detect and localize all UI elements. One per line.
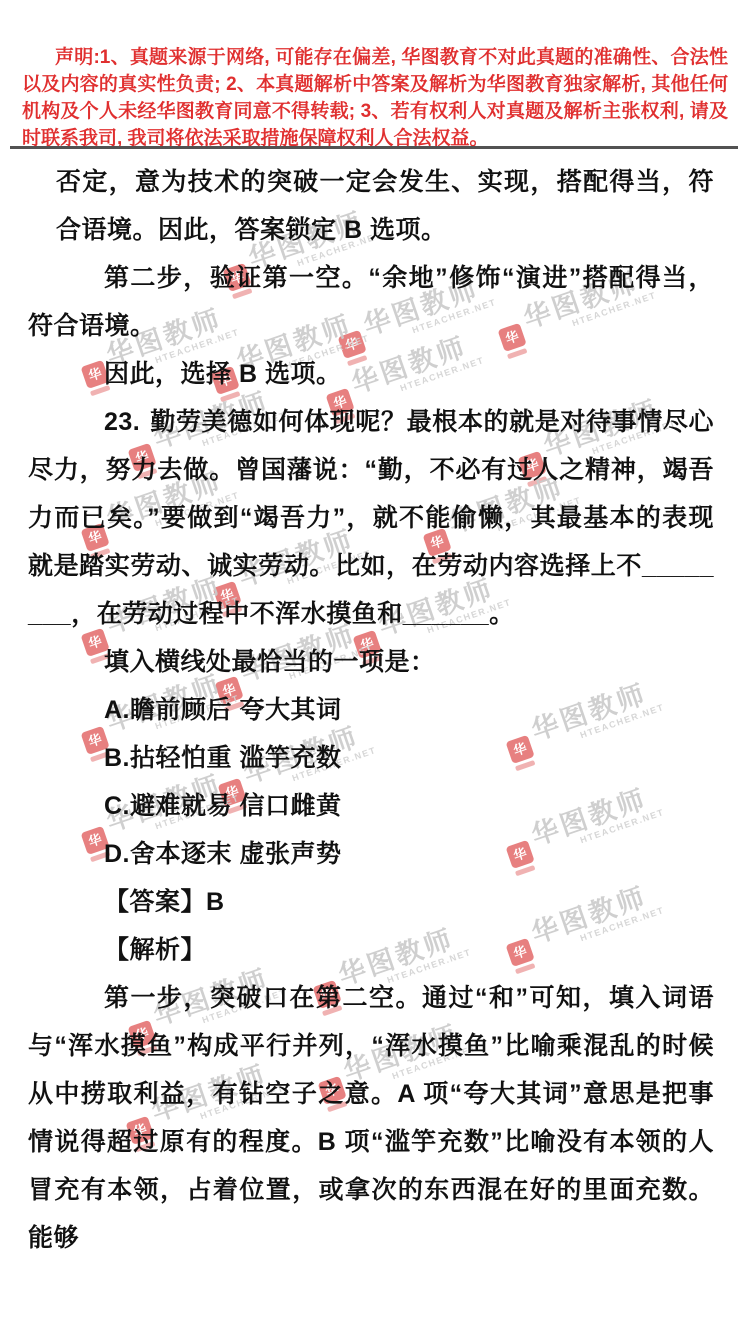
option-b: B.拈轻怕重 滥竽充数 (28, 734, 714, 782)
answer-value: B (206, 888, 225, 916)
answer-line: 【答案】B (28, 878, 714, 926)
option-c: C.避难就易 信口雌黄 (28, 782, 714, 830)
paragraph-step2: 第二步，验证第一空。“余地”修饰“演进”搭配得当，符合语境。 (28, 254, 714, 350)
document-body: 否定，意为技术的突破一定会发生、实现，搭配得当，符合语境。因此，答案锁定 B 选… (0, 158, 748, 1262)
analysis-paragraph: 第一步，突破口在第二空。通过“和”可知，填入词语与“浑水摸鱼”构成平行并列，“浑… (28, 974, 714, 1262)
question-23-stem: 23.勤劳美德如何体现呢？最根本的就是对待事情尽心尽力，努力去做。曾国藩说：“勤… (28, 398, 714, 638)
option-a: A.瞻前顾后 夸大其词 (28, 686, 714, 734)
question-prompt: 填入横线处最恰当的一项是： (28, 638, 714, 686)
disclaimer-label: 声明: (55, 47, 100, 68)
paragraph-prev-conclusion: 否定，意为技术的突破一定会发生、实现，搭配得当，符合语境。因此，答案锁定 B 选… (28, 158, 714, 254)
question-number: 23. (104, 408, 140, 436)
option-d: D.舍本逐末 虚张声势 (28, 830, 714, 878)
paragraph-conclusion: 因此，选择 B 选项。 (28, 350, 714, 398)
analysis-heading: 【解析】 (28, 926, 714, 974)
section-divider (10, 146, 738, 149)
disclaimer-text: 1、真题来源于网络, 可能存在偏差, 华图教育不对此真题的准确性、合法性以及内容… (22, 47, 728, 149)
disclaimer-notice: 声明:1、真题来源于网络, 可能存在偏差, 华图教育不对此真题的准确性、合法性以… (22, 44, 728, 152)
answer-label: 【答案】 (104, 888, 206, 916)
question-stem-text: 勤劳美德如何体现呢？最根本的就是对待事情尽心尽力，努力去做。曾国藩说：“勤，不必… (28, 408, 714, 628)
